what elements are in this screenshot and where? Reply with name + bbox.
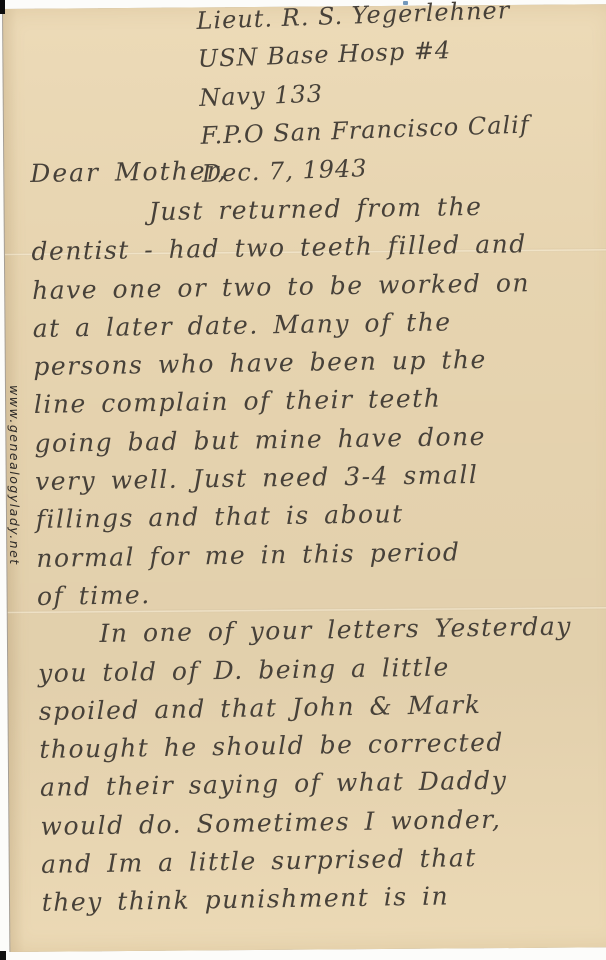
letter-body: Dear Mother, Just returned from the dent… <box>30 146 606 922</box>
blue-pen-speck <box>403 1 408 5</box>
scan-frame: Lieut. R. S. Yegerlehner USN Base Hosp #… <box>0 0 606 960</box>
scan-corner-artifact-top <box>0 0 5 14</box>
scan-corner-artifact-bottom <box>0 951 6 960</box>
genealogy-watermark: www.genealogylady.net <box>7 385 22 566</box>
